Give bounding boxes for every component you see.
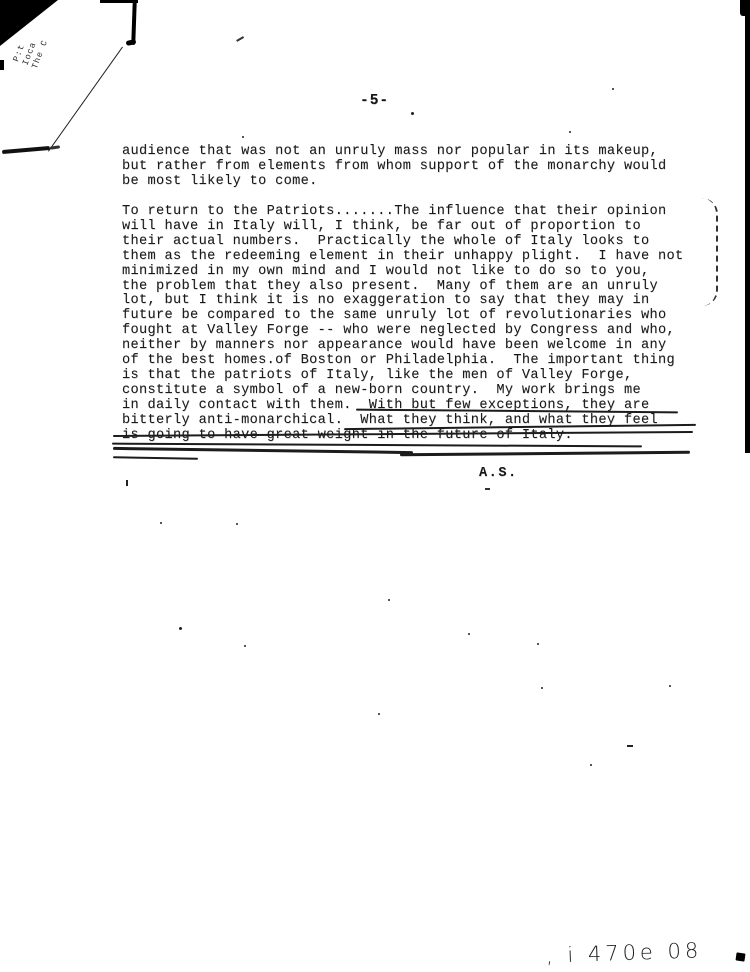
text-line: the problem that they also present. Many… — [122, 280, 722, 295]
paper-speck — [242, 136, 244, 138]
text-line: audience that was not an unruly mass nor… — [122, 145, 722, 160]
text-line: their actual numbers. Practically the wh… — [122, 235, 722, 250]
signature-initials: A.S. — [479, 466, 518, 481]
text-line: will have in Italy will, I think, be far… — [122, 220, 722, 235]
paper-speck — [468, 633, 470, 635]
margin-tick — [126, 480, 128, 486]
scribble-smudge — [2, 146, 50, 154]
ink-stroke-blob — [126, 39, 137, 46]
paper-speck — [537, 643, 539, 645]
hand-underline — [113, 456, 198, 459]
paper-speck — [244, 645, 246, 647]
text-line: them as the redeeming element in their u… — [122, 250, 722, 265]
paper-speck — [160, 522, 162, 524]
paper-speck — [236, 523, 238, 525]
paper-speck — [569, 131, 571, 133]
paragraph-2: To return to the Patriots.......The infl… — [122, 205, 722, 444]
page-number: -5- — [360, 93, 389, 109]
scribble-smudge-tail — [50, 145, 60, 149]
paper-speck — [612, 88, 614, 90]
edge-ink-sliver — [0, 60, 4, 70]
paper-speck — [669, 685, 671, 687]
text-line: minimized in my own mind and I would not… — [122, 265, 722, 280]
hand-underline — [400, 451, 690, 456]
text-line: fought at Valley Forge -- who were negle… — [122, 324, 722, 339]
paper-dash-speck — [627, 745, 633, 747]
paragraph-1: audience that was not an unruly mass nor… — [122, 145, 722, 190]
paper-speck — [388, 599, 390, 601]
paper-speck — [590, 764, 592, 766]
paper-speck — [378, 713, 380, 715]
paper-speck — [541, 687, 543, 689]
text-line: but rather from elements from whom suppo… — [122, 160, 722, 175]
text-line: of the best homes.of Boston or Philadelp… — [122, 354, 722, 369]
text-line: future be compared to the same unruly lo… — [122, 309, 722, 324]
hand-underline — [113, 447, 413, 454]
text-line: lot, but I think it is no exaggeration t… — [122, 294, 722, 309]
bottom-right-ink-mark — [735, 952, 745, 961]
scan-edge-bar — [745, 0, 750, 453]
diagonal-scratch-line — [48, 47, 123, 152]
handwritten-code: , i 470e 08 — [546, 938, 703, 967]
text-line: To return to the Patriots.......The infl… — [122, 205, 722, 220]
signature-dash — [485, 488, 490, 490]
paper-speck — [411, 112, 414, 115]
text-line: neither by manners nor appearance would … — [122, 339, 722, 354]
text-line: is that the patriots of Italy, like the … — [122, 369, 722, 384]
body-text: audience that was not an unruly mass nor… — [122, 145, 722, 444]
scan-edge-blob — [740, 0, 750, 16]
paper-speck — [179, 627, 182, 630]
ink-stroke-vertical — [131, 0, 137, 45]
scanned-letter-page: P:t Ioca The C -5- audience that was not… — [0, 0, 750, 972]
text-line: constitute a symbol of a new-born countr… — [122, 384, 722, 399]
top-tick-mark — [236, 36, 244, 41]
text-line: be most likely to come. — [122, 175, 722, 190]
